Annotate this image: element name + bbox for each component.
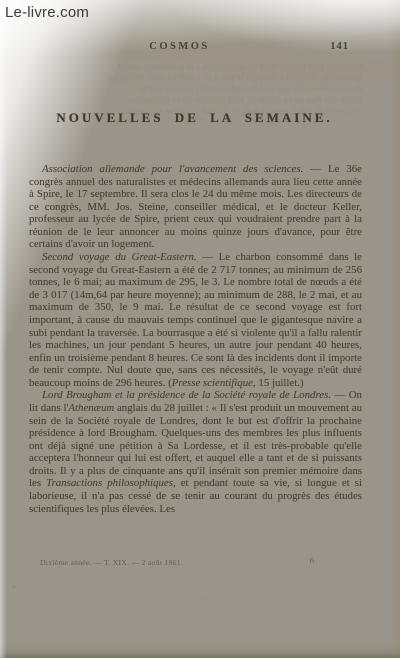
- text-segment: — Le charbon consommé dans le second voy…: [29, 251, 362, 389]
- running-header: COSMOS 141: [28, 41, 361, 57]
- article-paragraph: Association allemande pour l'avancement …: [29, 163, 362, 251]
- article-body: Association allemande pour l'avancement …: [29, 163, 362, 515]
- bleedthrough-line: terme son élan de ce temps-là, lord écla…: [32, 95, 362, 106]
- ink-bleedthrough-text: membres plus jeunes, dont les aspiration…: [32, 61, 362, 117]
- italic-segment: Athenæum: [68, 402, 114, 414]
- bleedthrough-line: spontanée, cédèrent volontiers le pas à …: [32, 72, 362, 83]
- italic-segment: Association allemande pour l'avancement …: [42, 163, 303, 175]
- italic-segment: Second voyage du Great-Eastern.: [42, 251, 197, 263]
- article-paragraph: Second voyage du Great-Eastern. — Le cha…: [29, 251, 362, 389]
- page-number: 141: [330, 41, 349, 52]
- text-segment: — Le 36e congrès annuel des naturalistes…: [29, 163, 362, 250]
- seller-watermark: Le-livre.com: [5, 4, 89, 21]
- bleedthrough-line: et aussi vénérable que lord Brougham, et…: [32, 83, 362, 94]
- bleedthrough-line: membres plus jeunes, dont les aspiration…: [32, 61, 362, 72]
- journal-title: COSMOS: [28, 41, 331, 52]
- text-segment: , 15 juillet.): [253, 377, 304, 389]
- italic-segment: Presse scientifique: [172, 377, 253, 389]
- section-heading: NOUVELLES DE LA SEMAINE.: [28, 110, 361, 126]
- scanned-book-page: Le-livre.com COSMOS 141 membres plus jeu…: [0, 0, 400, 658]
- text-segment: anglais du 28 juillet : « Il s'est produ…: [29, 402, 362, 489]
- article-paragraph: Lord Brougham et la présidence de la Soc…: [29, 389, 362, 515]
- italic-segment: Transactions philosophiques: [46, 477, 173, 489]
- signature-mark: 6: [310, 555, 314, 565]
- italic-segment: Lord Brougham et la présidence de la Soc…: [42, 389, 331, 401]
